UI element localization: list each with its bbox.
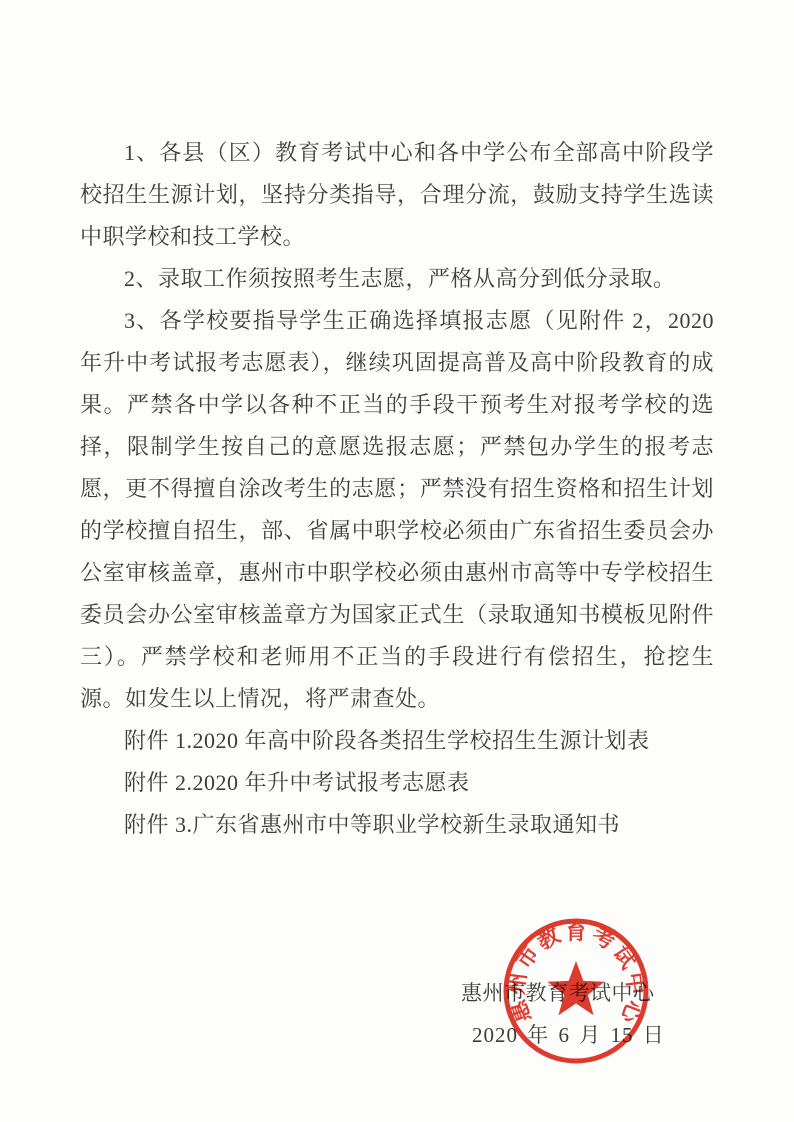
attachment-item-2: 附件 2.2020 年升中考试报考志愿表 bbox=[80, 762, 714, 804]
paragraph-3: 3、各学校要指导学生正确选择填报志愿（见附件 2，2020 年升中考试报考志愿表… bbox=[80, 300, 714, 720]
seal-arc-text: 惠州市教育考试中心 bbox=[503, 919, 649, 1027]
svg-text:惠州市教育考试中心: 惠州市教育考试中心 bbox=[503, 919, 649, 1027]
issuer-signature: 惠州市教育考试中心 bbox=[461, 977, 655, 1007]
document-page: 1、各县（区）教育考试中心和各中学公布全部高中阶段学校招生生源计划，坚持分类指导… bbox=[0, 0, 794, 1122]
issue-date: 2020 年 6 月 15 日 bbox=[472, 1019, 665, 1049]
attachment-list: 附件 1.2020 年高中阶段各类招生学校招生生源计划表 附件 2.2020 年… bbox=[80, 720, 714, 846]
document-body: 1、各县（区）教育考试中心和各中学公布全部高中阶段学校招生生源计划，坚持分类指导… bbox=[80, 132, 714, 846]
paragraph-1: 1、各县（区）教育考试中心和各中学公布全部高中阶段学校招生生源计划，坚持分类指导… bbox=[80, 132, 714, 258]
attachment-item-1: 附件 1.2020 年高中阶段各类招生学校招生生源计划表 bbox=[80, 720, 714, 762]
paragraph-2: 2、录取工作须按照考生志愿，严格从高分到低分录取。 bbox=[80, 258, 714, 300]
attachment-item-3: 附件 3.广东省惠州市中等职业学校新生录取通知书 bbox=[80, 804, 714, 846]
